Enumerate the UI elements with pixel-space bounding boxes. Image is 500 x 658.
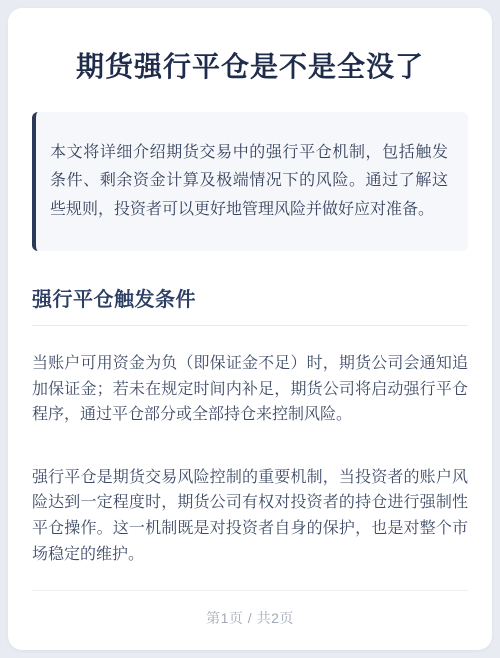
page-footer: 第1页 / 共2页 — [32, 590, 468, 650]
section-heading: 强行平仓触发条件 — [32, 283, 468, 312]
heading-divider — [32, 325, 468, 326]
article-card: 期货强行平仓是不是全没了 本文将详细介绍期货交易中的强行平仓机制，包括触发条件、… — [8, 8, 492, 650]
page-title: 期货强行平仓是不是全没了 — [32, 50, 468, 84]
body-paragraph-1: 当账户可用资金为负（即保证金不足）时，期货公司会通知追加保证金；若未在规定时间内… — [32, 351, 468, 428]
intro-text: 本文将详细介绍期货交易中的强行平仓机制，包括触发条件、剩余资金计算及极端情况下的… — [50, 139, 448, 224]
intro-quote-box: 本文将详细介绍期货交易中的强行平仓机制，包括触发条件、剩余资金计算及极端情况下的… — [32, 112, 468, 251]
body-paragraph-2: 强行平仓是期货交易风险控制的重要机制，当投资者的账户风险达到一定程度时，期货公司… — [32, 465, 468, 567]
pagination-indicator: 第1页 / 共2页 — [206, 610, 294, 626]
